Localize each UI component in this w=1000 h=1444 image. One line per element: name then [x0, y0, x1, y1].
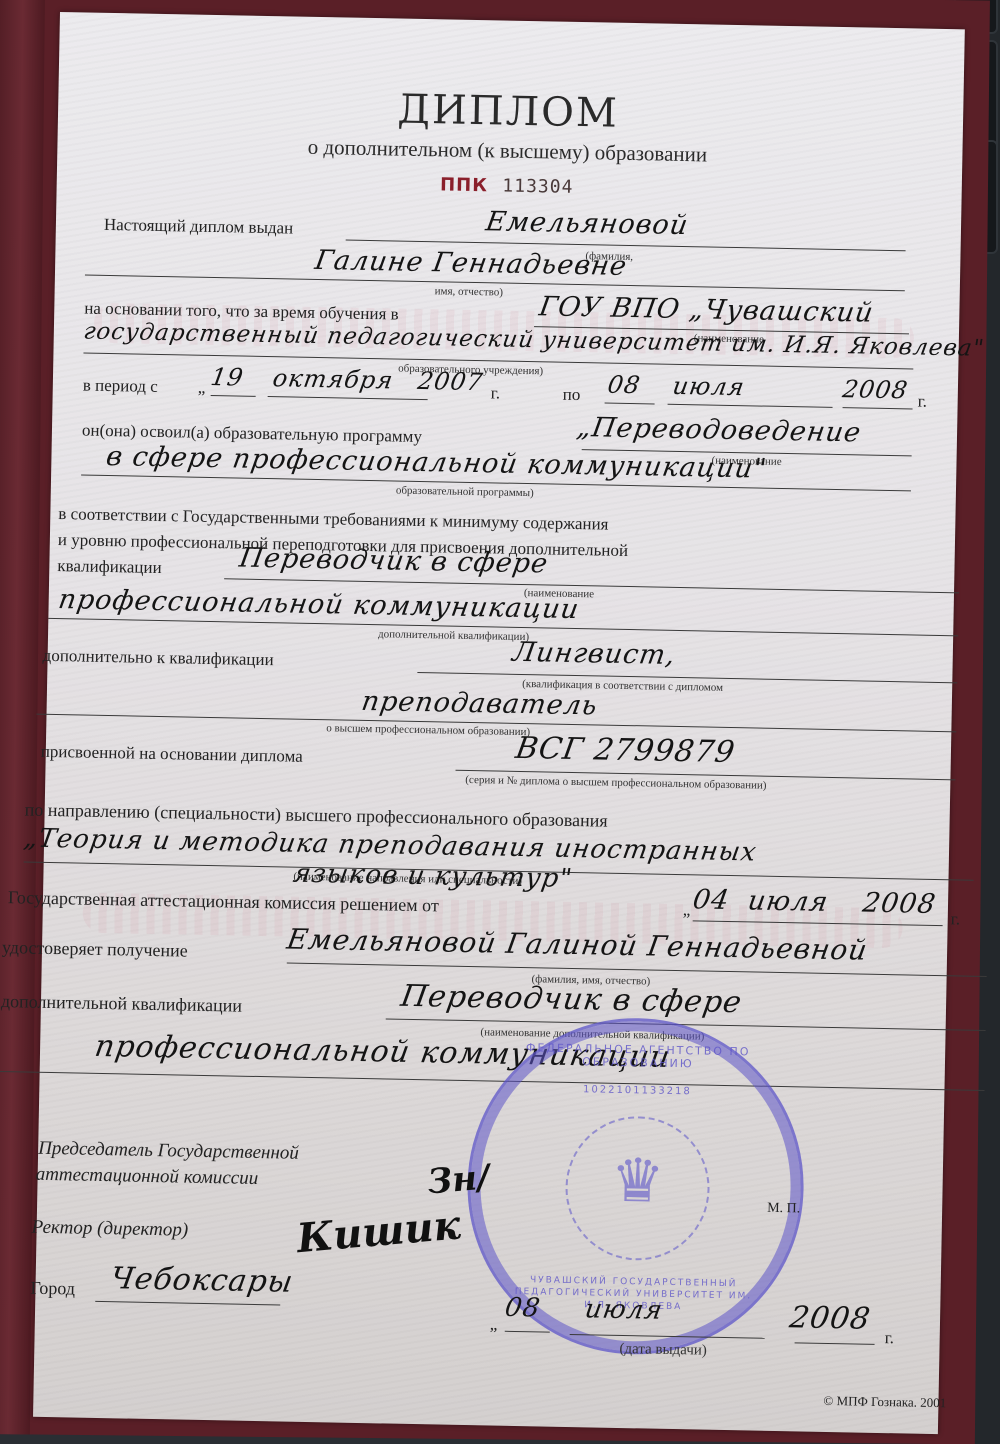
issue-day: 08 — [503, 1293, 543, 1324]
program-value-1: „Переводоведение — [575, 412, 864, 448]
chairman-label-2: аттестационной комиссии — [35, 1164, 258, 1190]
program-hint-2: образовательной программы) — [396, 485, 534, 500]
chairman-signature: Зн/ — [426, 1157, 491, 1202]
seal-registry-number: 1022101133218 — [472, 1082, 802, 1099]
commission-label: Государственная аттестационная комиссия … — [8, 887, 439, 916]
period-from-quote: „ — [198, 378, 206, 398]
base-diploma-hint: (серия и № диплома о высшем профессионал… — [465, 774, 766, 792]
period-to-year-suffix: г. — [917, 392, 927, 412]
in-addition-label: дополнительно к квалификации — [42, 646, 273, 670]
field-line — [95, 1301, 280, 1306]
period-to-year: 2008 — [841, 375, 911, 404]
commission-year: 2008 — [861, 888, 939, 920]
copyright-note: © МПФ Гознака. 2001 — [823, 1393, 946, 1411]
extra-qualification-value-1: Переводчик в сфере — [398, 979, 744, 1020]
seal-place-label: М. П. — [767, 1201, 800, 1218]
surname-value: Емельяновой — [484, 206, 691, 241]
seal-emblem-ring: ♛ — [564, 1115, 711, 1262]
commission-month: июля — [746, 885, 831, 917]
period-to-label: по — [563, 385, 581, 405]
period-from-year-suffix: г. — [491, 383, 501, 403]
issued-to-label: Настоящий диплом выдан — [104, 215, 294, 239]
rector-signature: Кишик — [295, 1201, 462, 1262]
period-from-day: 19 — [209, 363, 246, 392]
city-label: Город — [30, 1278, 75, 1300]
name-value: Галине Геннадьевне — [313, 245, 630, 282]
chairman-label-1: Председатель Государственной — [38, 1138, 299, 1165]
commission-day: 04 — [691, 884, 732, 916]
field-line — [268, 396, 428, 400]
qualification-hint-2: дополнительной квалификации) — [378, 628, 529, 643]
issue-month: июля — [583, 1294, 665, 1325]
field-line — [605, 403, 655, 405]
requirements-line-1: в соответствии с Государственными требов… — [58, 504, 609, 535]
period-from-year: 2007 — [416, 367, 486, 396]
extra-qualification-label: дополнительной квалификации — [1, 991, 242, 1017]
base-diploma-label: присвоенной на основании диплома — [41, 742, 303, 767]
commission-year-suffix: г. — [951, 909, 961, 929]
period-from-month: октября — [271, 364, 396, 394]
issue-date-hint: (дата выдачи) — [619, 1341, 707, 1360]
field-line — [211, 395, 256, 397]
qualification-value-1: Переводчик в сфере — [237, 543, 550, 580]
period-from-label: в период с — [83, 376, 158, 397]
eagle-emblem-icon: ♛ — [567, 1145, 708, 1218]
specialty-value-2: языков и культур" — [291, 859, 575, 894]
series-code: ППК — [440, 174, 488, 196]
issue-year: 2008 — [787, 1300, 873, 1336]
base-diploma-value: ВСГ 2799879 — [513, 731, 738, 770]
base-qualification-hint-2: о высшем профессиональном образовании) — [326, 722, 530, 738]
city-value: Чебоксары — [108, 1261, 296, 1299]
institution-value-1: ГОУ ВПО „Чувашский — [537, 291, 876, 328]
rector-label: Ректор (директор) — [31, 1217, 188, 1242]
field-line — [843, 407, 913, 409]
commission-quote: „ — [683, 900, 691, 920]
series-digits: 113304 — [502, 176, 573, 198]
period-to-day: 08 — [606, 371, 643, 400]
name-hint: имя, отчество) — [435, 285, 503, 298]
issue-year-suffix: г. — [885, 1328, 895, 1348]
series-number: ППК 113304 — [17, 166, 997, 206]
field-line — [668, 404, 833, 408]
base-qualification-value-1: Лингвист, — [510, 637, 678, 671]
program-value-2: в сфере профессиональной коммуникации" — [104, 441, 769, 485]
field-line — [795, 1342, 875, 1345]
issue-date-quote: „ — [490, 1314, 498, 1334]
certifies-label: удостоверяет получение — [2, 937, 188, 962]
seal-text-top: ФЕДЕРАЛЬНОЕ АГЕНТСТВО ПО ОБРАЗОВАНИЮ — [473, 1040, 803, 1072]
base-qualification-value-2: преподаватель — [359, 686, 600, 721]
diploma-page: ДИПЛОМ о дополнительном (к высшему) обра… — [33, 12, 965, 1434]
field-line — [505, 1331, 550, 1333]
qualification-label: квалификации — [57, 556, 162, 578]
period-to-month: июля — [671, 372, 747, 401]
